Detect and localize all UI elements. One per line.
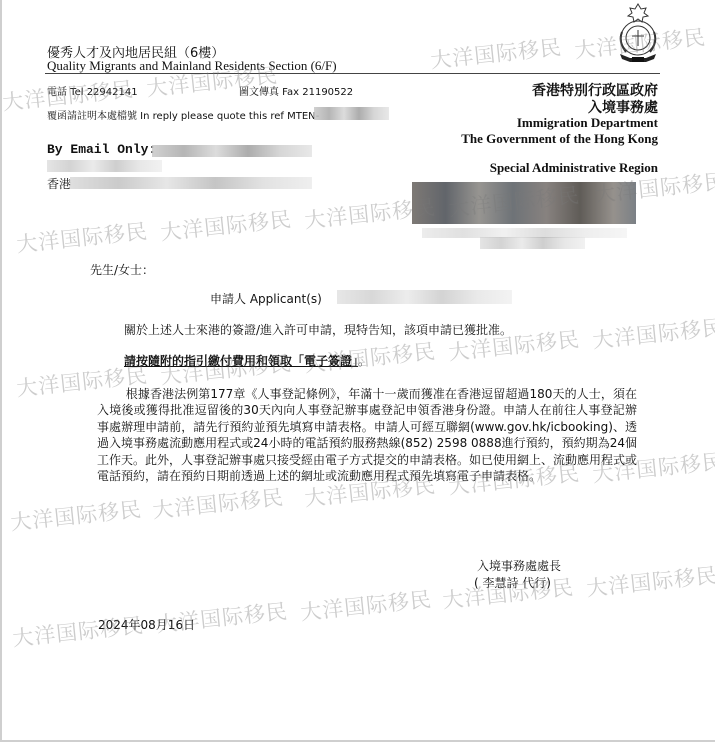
department-name-en: Immigration Department: [517, 115, 658, 131]
recipient-address: 香港: [47, 175, 71, 192]
reference-number: 覆函請註明本處檔號 In reply please quote this ref…: [47, 107, 319, 122]
instruction-line: 請按隨附的指引繳付費用和領取「電子簽證」。: [124, 352, 370, 369]
region-name-en: Special Administrative Region: [490, 160, 658, 176]
redacted-barcode: [412, 182, 636, 224]
watermark: 大洋国际移民: [151, 481, 285, 525]
watermark: 大洋国际移民: [299, 583, 433, 627]
fax: 圖文傳真 Fax 21190522: [239, 83, 353, 98]
redacted-address: [70, 177, 312, 189]
government-name-en: The Government of the Hong Kong: [461, 131, 658, 147]
redacted-line-2: [480, 237, 585, 249]
redacted-email: [152, 145, 312, 157]
signatory-name: ( 李慧詩 代行): [474, 574, 551, 591]
by-email-label: By Email Only:: [47, 142, 156, 157]
watermark: 大洋国际移民: [15, 215, 149, 259]
watermark: 大洋国际移民: [585, 559, 715, 603]
instruction-suffix: 。: [358, 354, 370, 368]
letterhead-divider: [45, 73, 660, 74]
icbooking-link[interactable]: (www.gov.hk/icbooking): [470, 420, 613, 434]
watermark: 大洋国际移民: [429, 31, 563, 75]
applicant-label: 申請人 Applicant(s): [210, 290, 322, 307]
identity-card-notice: 根據香港法例第177章《人事登記條例》，年滿十一歲而獲准在香港逗留超過180天的…: [97, 386, 637, 484]
salutation: 先生/女士：: [90, 261, 154, 278]
watermark: 大洋国际移民: [591, 311, 715, 355]
watermark: 大洋国际移民: [9, 493, 143, 537]
immigration-emblem-icon: [612, 2, 664, 66]
signatory-title: 入境事務處處長: [477, 557, 561, 574]
watermark: 大洋国际移民: [159, 203, 293, 247]
section-name-en: Quality Migrants and Mainland Residents …: [47, 58, 337, 74]
letter-date: 2024年08月16日: [98, 616, 195, 633]
redacted-applicant-name: [337, 290, 512, 304]
redacted-reference: [314, 107, 389, 120]
instruction-text: 請按隨附的指引繳付費用和領取「電子簽證」: [124, 354, 358, 368]
department-name-zh: 入境事務處: [588, 97, 658, 117]
telephone: 電話 Tel 22942141: [47, 83, 138, 98]
approval-notice: 關於上述人士來港的簽證/進入許可申請，現特告知，該項申請已獲批准。: [124, 321, 512, 338]
letter-page: 優秀人才及內地居民組（6樓） Quality Migrants and Main…: [0, 0, 715, 742]
redacted-recipient-name: [47, 160, 162, 172]
